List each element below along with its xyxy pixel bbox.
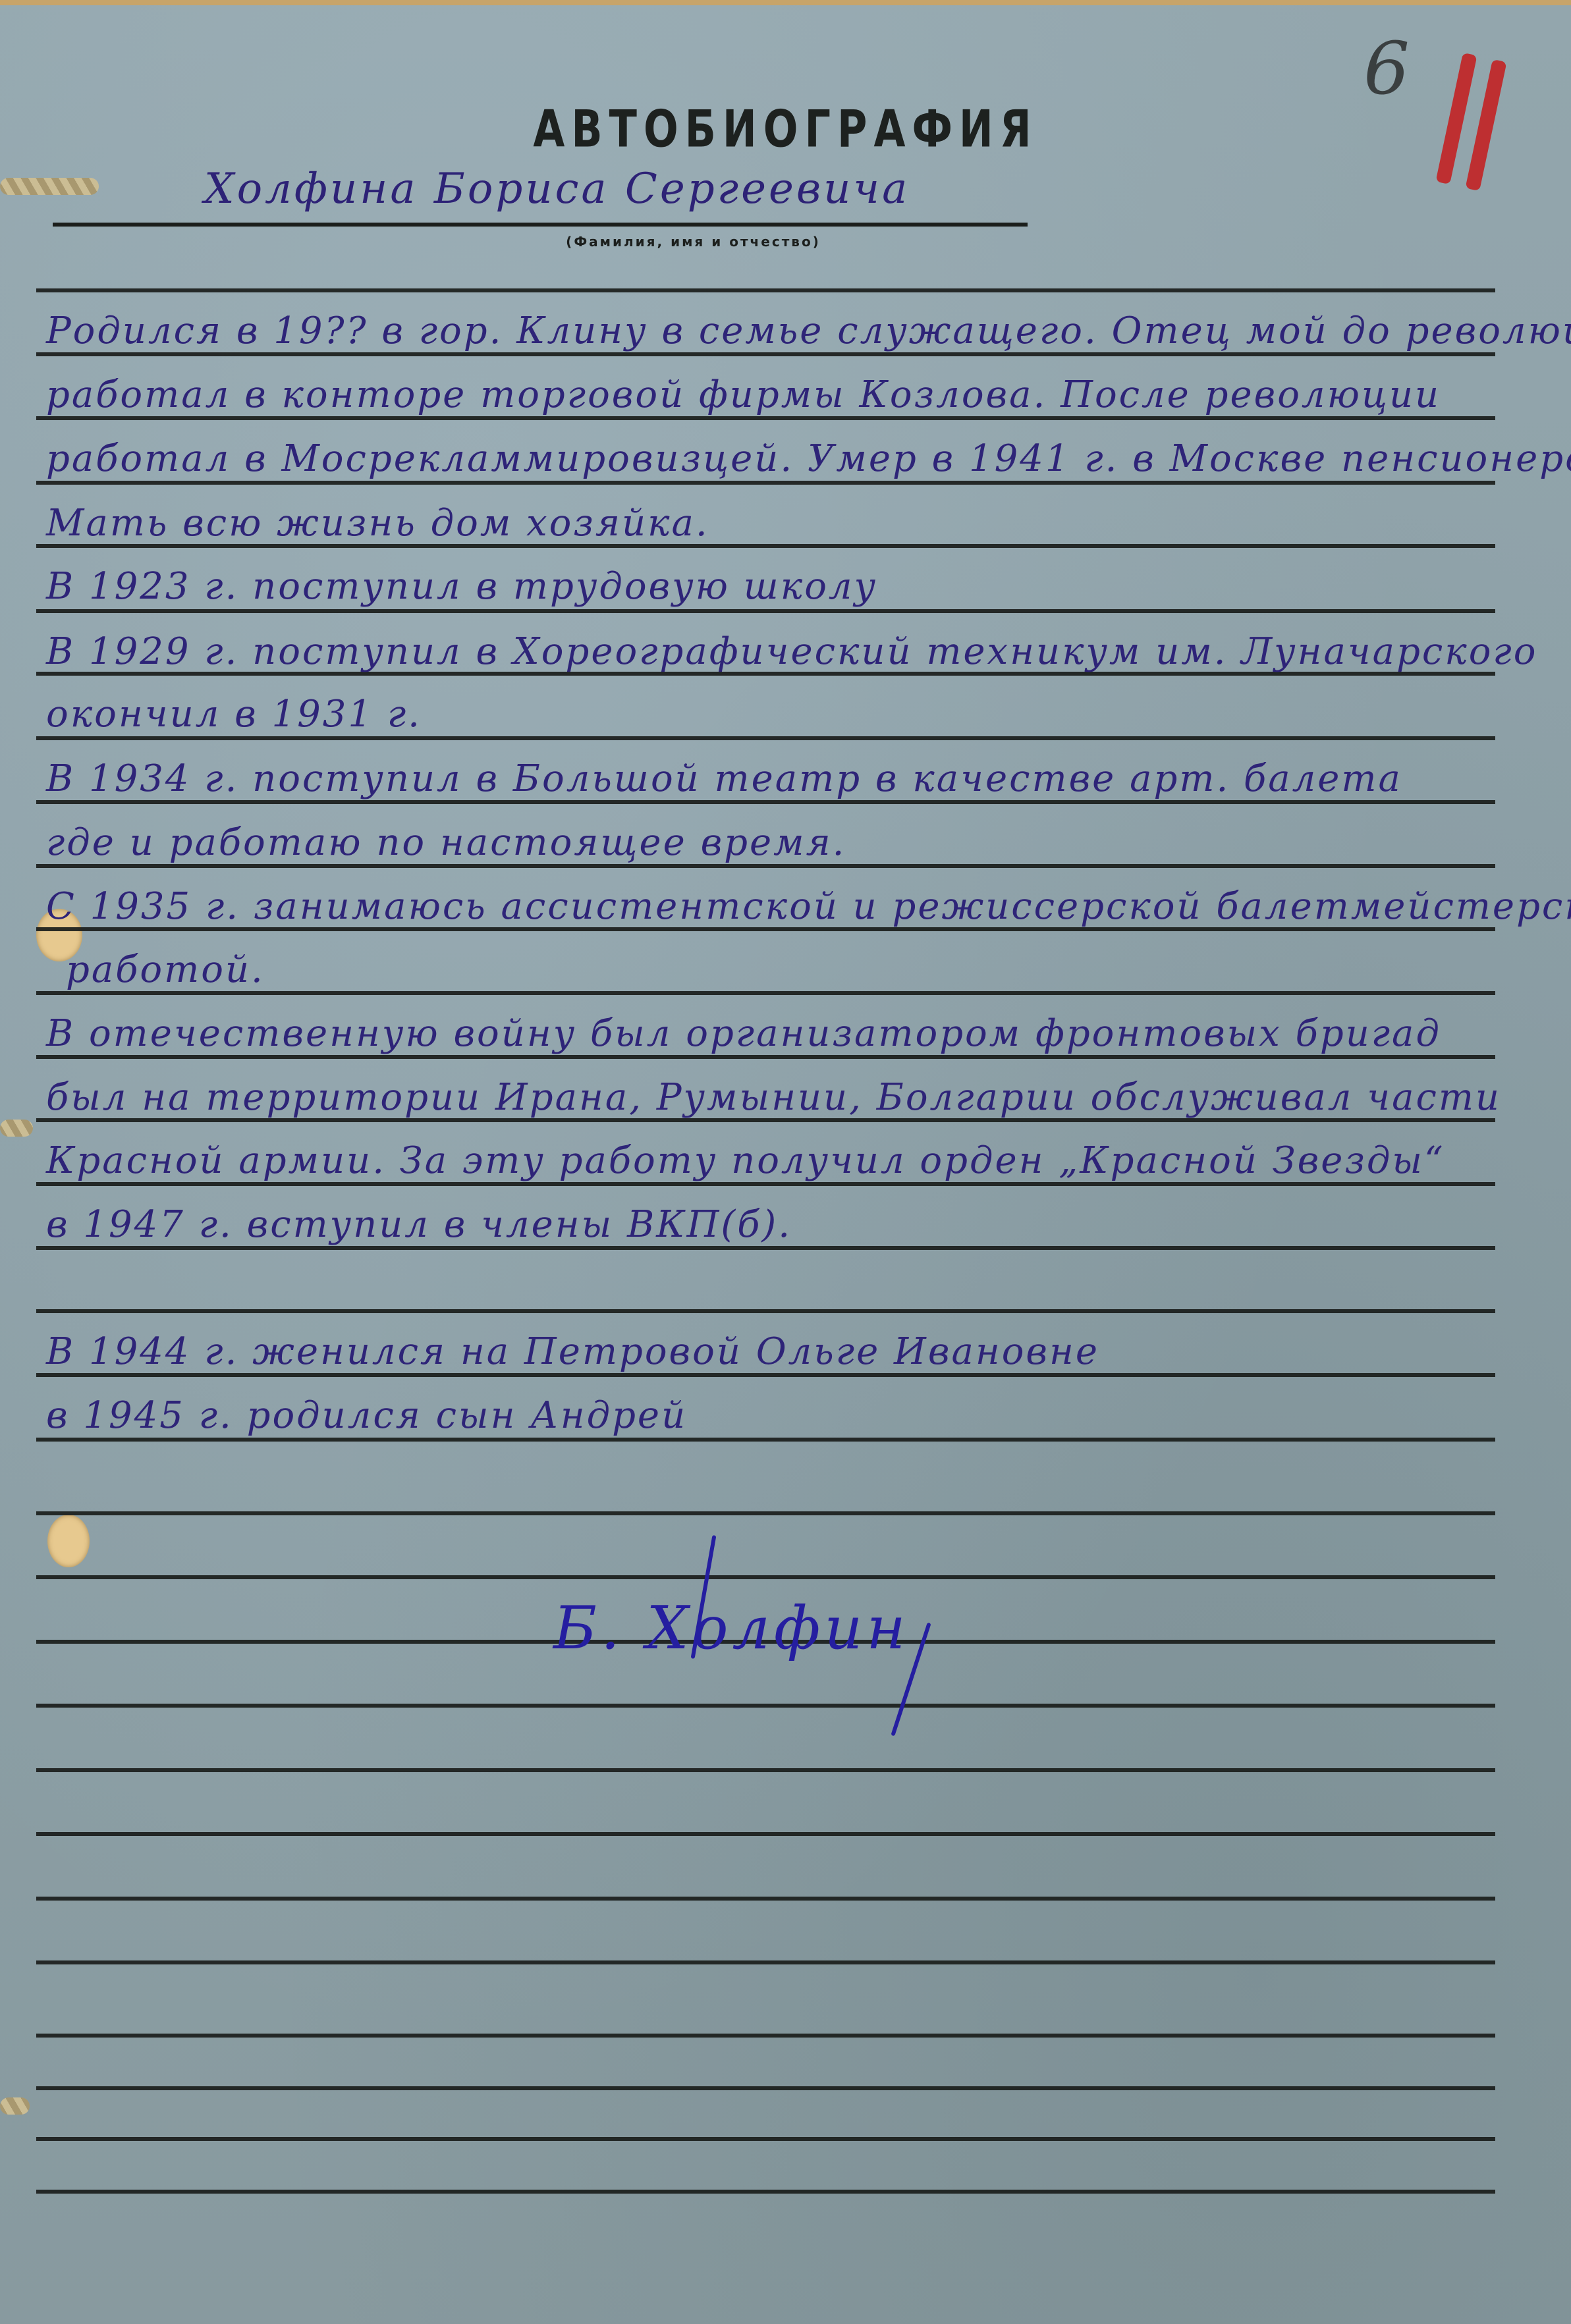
- ruled-line: [36, 1055, 1495, 1059]
- ruled-line: [36, 1438, 1495, 1442]
- ruled-line: [36, 864, 1495, 868]
- handwritten-line: В отечественную войну был организатором …: [46, 1012, 1441, 1055]
- ruled-line: [36, 991, 1495, 995]
- handwritten-line: Красной армии. За эту работу получил орд…: [46, 1139, 1445, 1182]
- handwritten-line: В 1934 г. поступил в Большой театр в кач…: [46, 757, 1402, 800]
- ruled-line: [36, 1832, 1495, 1836]
- ruled-line: [36, 1575, 1495, 1579]
- ruled-line: [36, 481, 1495, 485]
- ruled-line: [36, 2190, 1495, 2194]
- ruled-line: [36, 2034, 1495, 2038]
- handwritten-line: работал в конторе торговой фирмы Козлова…: [46, 373, 1441, 416]
- ruled-line: [36, 1897, 1495, 1901]
- ruled-line: [36, 736, 1495, 740]
- ruled-line: [36, 1768, 1495, 1772]
- ruled-line: [36, 416, 1495, 420]
- handwritten-line: В 1944 г. женился на Петровой Ольге Иван…: [46, 1330, 1099, 1373]
- ruled-line: [36, 352, 1495, 356]
- binding-string-bottom: [0, 2097, 30, 2115]
- handwritten-line: В 1929 г. поступил в Хореографический те…: [46, 630, 1537, 673]
- handwritten-line: В 1923 г. поступил в трудовую школу: [46, 565, 877, 608]
- folio-number-pencil: 6: [1364, 26, 1410, 111]
- name-rule-line: [53, 223, 1028, 227]
- ruled-line: [36, 609, 1495, 613]
- handwritten-line: Родился в 19?? в гор. Клину в семье служ…: [46, 310, 1571, 352]
- ruled-line: [36, 1309, 1495, 1313]
- ruled-line: [36, 800, 1495, 804]
- binding-string-middle: [0, 1120, 33, 1137]
- name-field: Холфина Бориса Сергеевича: [53, 165, 1028, 244]
- ruled-line: [36, 1246, 1495, 1250]
- ruled-line: [36, 1373, 1495, 1377]
- ruled-line: [36, 1511, 1495, 1515]
- ruled-line: [36, 1960, 1495, 1964]
- ruled-line: [36, 1182, 1495, 1186]
- autobiography-sheet: 6 АВТОБИОГРАФИЯ Холфина Бориса Сергеевич…: [0, 0, 1571, 2324]
- handwritten-line: работал в Мосрекламмировизцей. Умер в 19…: [46, 437, 1571, 480]
- name-caption-text: (Фамилия, имя и отчество): [566, 234, 821, 250]
- ruled-line: [36, 2137, 1495, 2141]
- ruled-line: [36, 2086, 1495, 2090]
- name-field-caption: (Фамилия, имя и отчество): [0, 234, 1571, 250]
- paper-top-edge: [0, 0, 1571, 5]
- ruled-line: [36, 288, 1495, 292]
- punch-hole-lower: [47, 1515, 90, 1567]
- handwritten-line: Мать всю жизнь дом хозяйка.: [46, 502, 709, 545]
- handwritten-line: был на территории Ирана, Румынии, Болгар…: [46, 1076, 1501, 1119]
- signature: Б. Холфин: [553, 1594, 910, 1663]
- handwritten-line: работой.: [66, 948, 265, 991]
- document-title: АВТОБИОГРАФИЯ: [0, 99, 1571, 159]
- handwritten-line: С 1935 г. занимаюсь ассистентской и режи…: [46, 885, 1571, 928]
- handwritten-line: в 1945 г. родился сын Андрей: [46, 1394, 687, 1437]
- handwritten-line: в 1947 г. вступил в члены ВКП(б).: [46, 1203, 792, 1246]
- ruled-line: [36, 1704, 1495, 1708]
- handwritten-line: окончил в 1931 г.: [46, 693, 422, 736]
- handwritten-line: где и работаю по настоящее время.: [46, 821, 846, 864]
- full-name-value: Холфина Бориса Сергеевича: [204, 165, 910, 213]
